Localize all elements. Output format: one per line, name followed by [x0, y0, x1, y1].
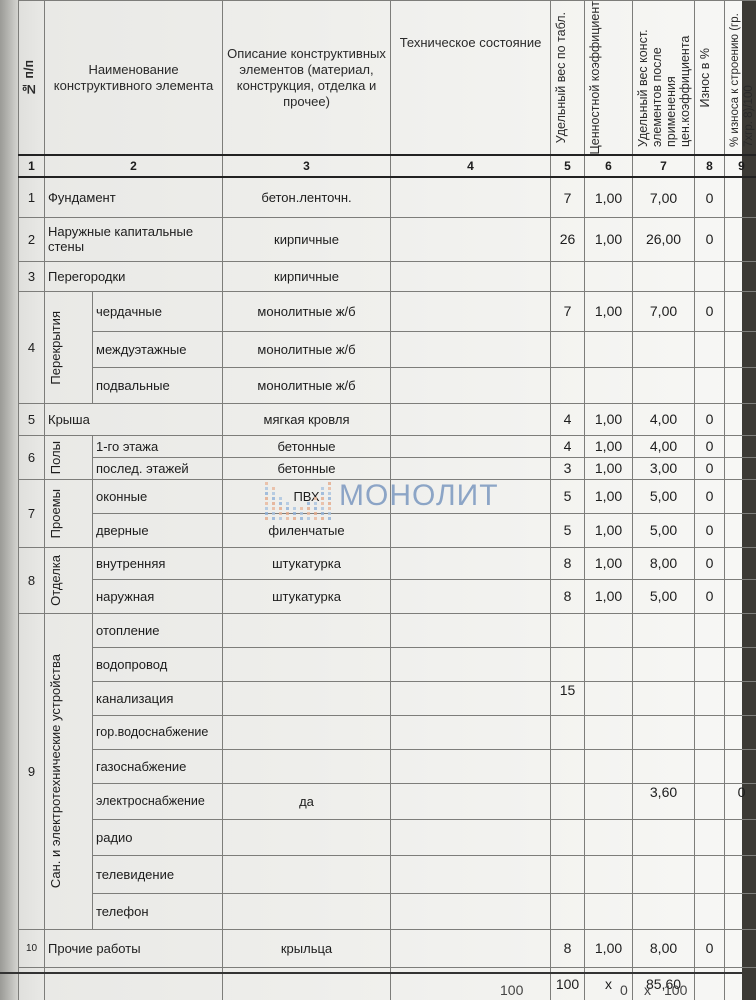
table-row: телевидение	[19, 855, 756, 893]
table-row: 7 Проемы оконные ПВХ 5 1,00 5,00 0	[19, 479, 756, 513]
table-row: телефон	[19, 893, 756, 929]
table-row: 4 Перекрытия чердачные монолитные ж/б 7 …	[19, 291, 756, 331]
table-row: наружная штукатурка 8 1,00 5,00 0	[19, 579, 756, 613]
footer-line: 100 0 х 100	[0, 972, 742, 1000]
table-row: междуэтажные монолитные ж/б	[19, 331, 756, 367]
header-value-coef: Ценностной коэффициент	[585, 1, 633, 156]
table-row: 9 Сан. и электротехнические устройства о…	[19, 613, 756, 647]
table-row: послед. этажей бетонные 3 1,00 3,00 0	[19, 457, 756, 479]
table-row: водопровод	[19, 647, 756, 681]
constructive-elements-table: № п/п Наименование конструктивного элеме…	[18, 0, 756, 1000]
table-row: 6 Полы 1-го этажа бетонные 4 1,00 4,00 0	[19, 435, 756, 457]
table-row: 10 Прочие работы крыльца 8 1,00 8,00 0	[19, 929, 756, 967]
table-row: канализация 15	[19, 681, 756, 715]
table-row: 2 Наружные капитальные стены кирпичные 2…	[19, 217, 756, 261]
table-row: 3 Перегородки кирпичные	[19, 261, 756, 291]
header-number: № п/п	[19, 1, 45, 156]
header-wear-pct: Износ в %	[695, 1, 725, 156]
table-row: дверные филенчатые 5 1,00 5,00 0	[19, 513, 756, 547]
column-numbers-row: 1 2 3 4 5 6 7 8 9	[19, 155, 756, 177]
header-specific-weight: Удельный вес по табл.	[551, 1, 585, 156]
page-edge-shadow	[0, 0, 18, 1000]
table-row: радио	[19, 819, 756, 855]
table-row: электроснабжение да 3,60 0	[19, 783, 756, 819]
table-row: 5 Крыша мягкая кровля 4 1,00 4,00 0	[19, 403, 756, 435]
table-row: газоснабжение	[19, 749, 756, 783]
header-wear-to-building: % износа к строению (гр. 7хгр. 8)/100	[725, 1, 756, 156]
table-row: гор.водоснабжение	[19, 715, 756, 749]
header-tech-state: Техническое состояние	[391, 1, 551, 156]
header-weight-after-coef: Удельный вес конст. элементов после прим…	[633, 1, 695, 156]
header-element-name: Наименование конструктивного элемента	[45, 1, 223, 156]
table-row: подвальные монолитные ж/б	[19, 367, 756, 403]
table-row: 8 Отделка внутренняя штукатурка 8 1,00 8…	[19, 547, 756, 579]
header-description: Описание конструктивных элементов (матер…	[223, 1, 391, 156]
table-row: 1 Фундамент бетон.ленточн. 7 1,00 7,00 0	[19, 177, 756, 217]
